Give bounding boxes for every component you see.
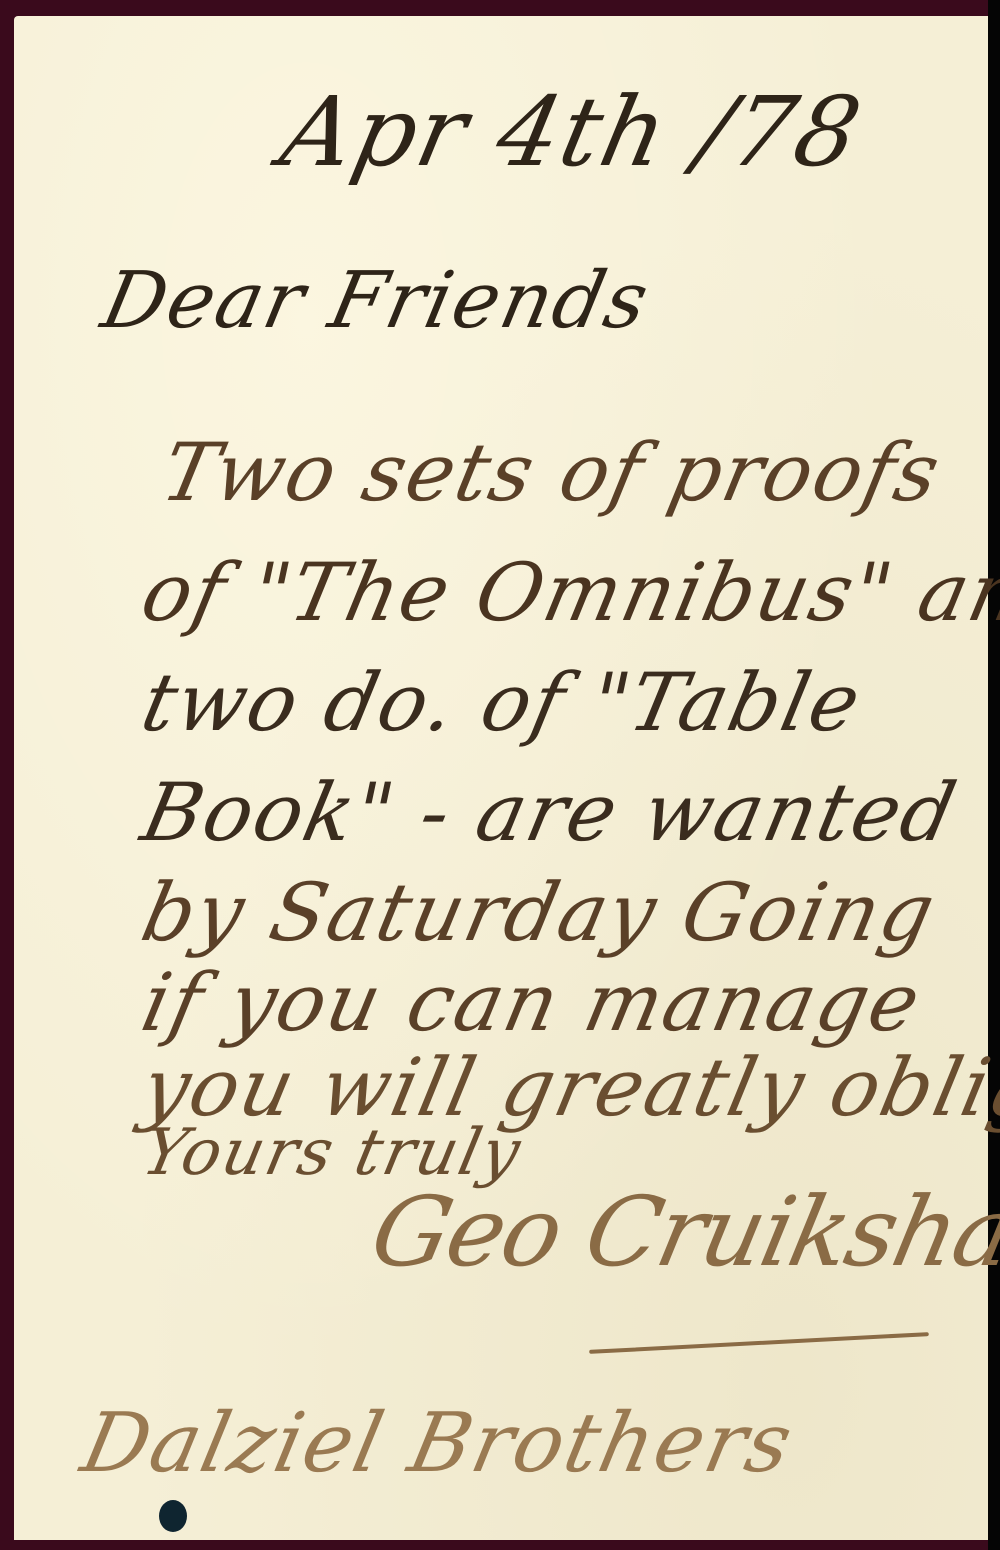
body-line-6: if you can manage [134,956,929,1049]
salutation: Dear Friends [94,256,657,346]
punch-hole-mark [159,1500,187,1532]
signature-underline [589,1332,929,1354]
body-line-1: Two sets of proofs [154,426,949,519]
addressee: Dalziel Brothers [74,1396,802,1491]
body-line-4: Book" - are wanted [134,766,965,859]
body-line-2: of "The Omnibus" and [134,546,1000,639]
body-line-3: two do. of "Table [134,656,870,749]
letter-paper: Apr 4th /78 Dear Friends Two sets of pro… [14,16,988,1540]
signature: Geo Cruikshank [362,1176,1000,1288]
letter-date: Apr 4th /78 [272,76,871,188]
body-line-5: by Saturday Going [134,866,944,959]
scan-background-edge [988,0,1000,1550]
